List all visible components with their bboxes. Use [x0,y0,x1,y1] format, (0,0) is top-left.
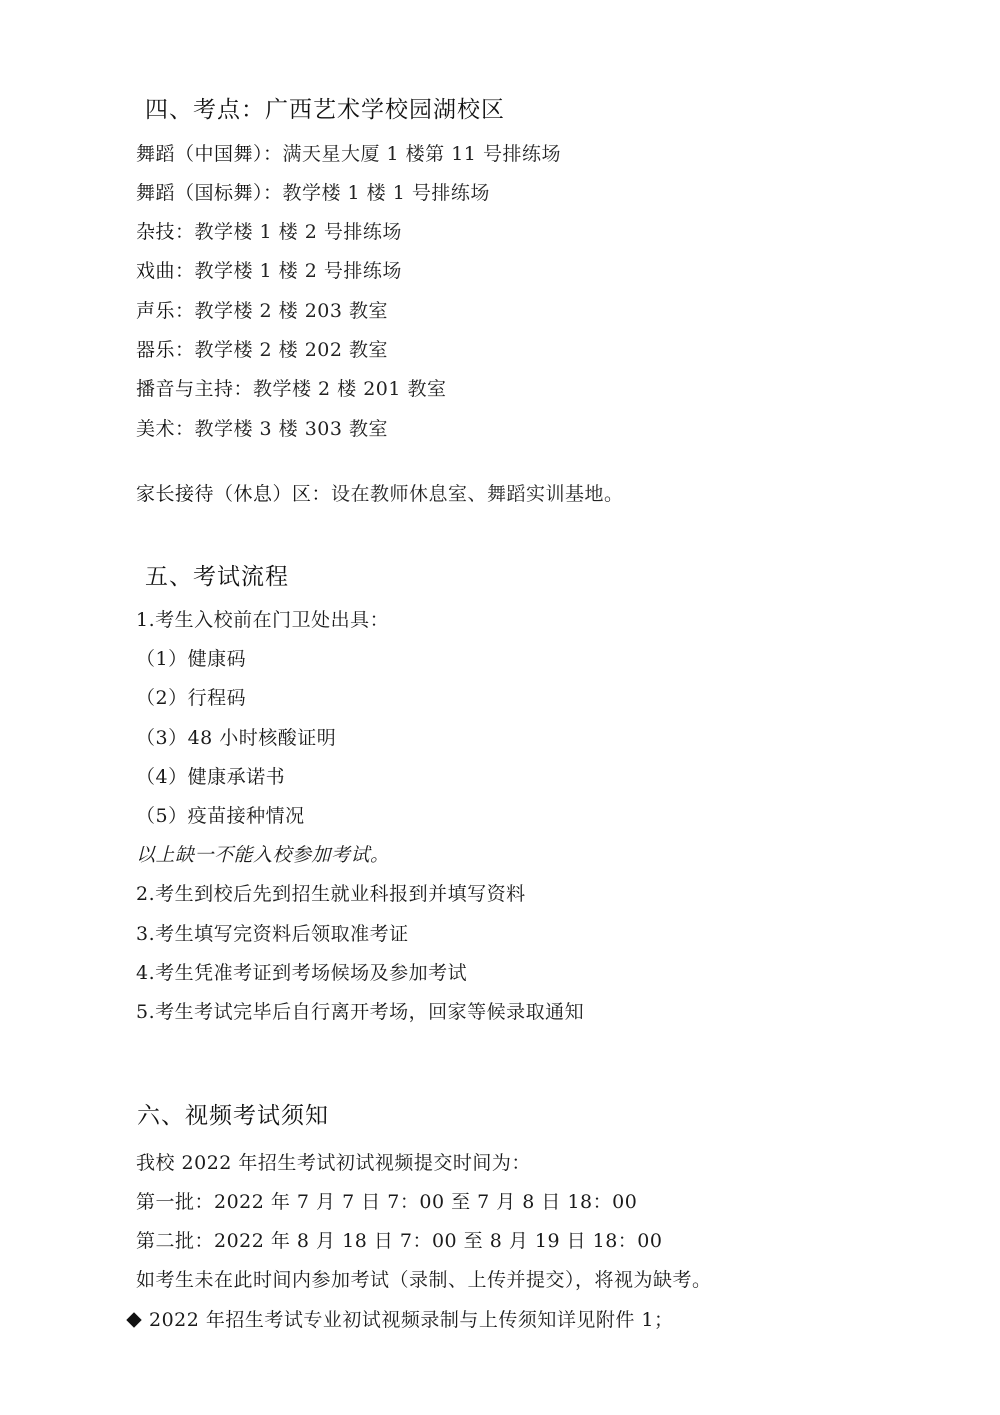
venue-value: 教学楼 1 楼 2 号排练场 [195,221,402,243]
attachment-text: 2022 年招生考试专业初试视频录制与上传须知详见附件 1； [149,1309,674,1331]
venue-value: 教学楼 2 楼 201 教室 [253,378,447,400]
venue-line: 舞蹈（中国舞）：满天星大厦 1 楼第 11 号排练场 [136,142,561,166]
venue-line: 舞蹈（国标舞）：教学楼 1 楼 1 号排练场 [136,181,490,205]
venue-line: 播音与主持：教学楼 2 楼 201 教室 [136,377,447,401]
batch-2: 第二批：2022 年 8 月 18 日 7：00 至 8 月 19 日 18：0… [136,1229,662,1253]
document-item: （3）48 小时核酸证明 [136,726,336,750]
document-item: （5）疫苗接种情况 [136,804,305,828]
process-step: 1.考生入校前在门卫处出具： [136,608,389,632]
warning-text: 以上缺一不能入校参加考试。 [136,843,390,867]
parent-area-label: 家长接待（休息）区： [136,483,331,505]
venue-value: 教学楼 3 楼 303 教室 [195,418,389,440]
section-4-heading: 四、考点：广西艺术学校园湖校区 [145,96,505,124]
process-step: 3.考生填写完资料后领取准考证 [136,922,409,946]
parent-area-value: 设在教师休息室、舞蹈实训基地。 [331,483,624,505]
section-5-heading: 五、考试流程 [145,563,289,591]
absence-note: 如考生未在此时间内参加考试（录制、上传并提交），将视为缺考。 [136,1268,712,1292]
process-step: 5.考生考试完毕后自行离开考场，回家等候录取通知 [136,1000,584,1024]
venue-label: 戏曲： [136,260,195,282]
venue-line: 器乐：教学楼 2 楼 202 教室 [136,338,388,362]
venue-value: 教学楼 2 楼 202 教室 [195,339,389,361]
venue-value: 教学楼 2 楼 203 教室 [195,300,389,322]
venue-label: 舞蹈（中国舞）： [136,143,283,165]
venue-line: 美术：教学楼 3 楼 303 教室 [136,417,388,441]
video-intro: 我校 2022 年招生考试初试视频提交时间为： [136,1151,531,1175]
process-step: 2.考生到校后先到招生就业科报到并填写资料 [136,882,526,906]
section-6-heading: 六、视频考试须知 [137,1102,329,1130]
venue-label: 器乐： [136,339,195,361]
venue-value: 教学楼 1 楼 2 号排练场 [195,260,402,282]
document-item: （2）行程码 [136,686,246,710]
process-step: 4.考生凭准考证到考场候场及参加考试 [136,961,467,985]
venue-value: 教学楼 1 楼 1 号排练场 [283,182,490,204]
batch-1: 第一批：2022 年 7 月 7 日 7：00 至 7 月 8 日 18：00 [136,1190,637,1214]
document-item: （1）健康码 [136,647,246,671]
diamond-bullet-icon [126,1312,141,1327]
venue-label: 杂技： [136,221,195,243]
venue-line: 杂技：教学楼 1 楼 2 号排练场 [136,220,402,244]
venue-label: 播音与主持： [136,378,253,400]
venue-label: 声乐： [136,300,195,322]
venue-label: 舞蹈（国标舞）： [136,182,283,204]
attachment-bullet-line: 2022 年招生考试专业初试视频录制与上传须知详见附件 1； [127,1308,674,1332]
venue-label: 美术： [136,418,195,440]
parent-area-line: 家长接待（休息）区：设在教师休息室、舞蹈实训基地。 [136,482,624,506]
venue-value: 满天星大厦 1 楼第 11 号排练场 [283,143,561,165]
venue-line: 声乐：教学楼 2 楼 203 教室 [136,299,388,323]
venue-line: 戏曲：教学楼 1 楼 2 号排练场 [136,259,402,283]
document-item: （4）健康承诺书 [136,765,285,789]
